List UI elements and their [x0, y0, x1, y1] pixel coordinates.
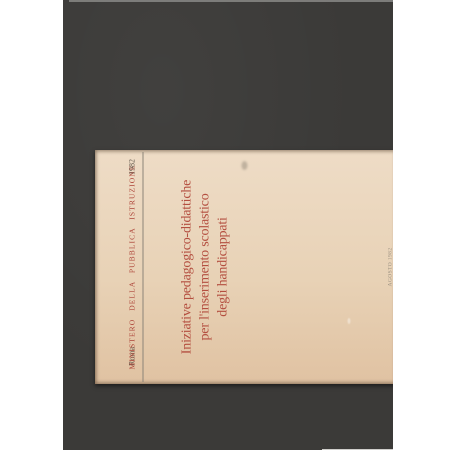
book-title-line-2: per l'inserimento scolastico [197, 150, 215, 384]
book-cover: Roma MINISTERO DELLA PUBBLICA ISTRUZIONE… [95, 150, 393, 384]
paper-smudge [242, 161, 248, 170]
ministry-text: MINISTERO DELLA PUBBLICA ISTRUZIONE [128, 150, 137, 384]
photo-frame: Roma MINISTERO DELLA PUBBLICA ISTRUZIONE… [0, 0, 455, 455]
book-title-page: Roma MINISTERO DELLA PUBBLICA ISTRUZIONE… [96, 150, 394, 384]
paper-speck [348, 318, 351, 324]
header-rule [143, 152, 144, 382]
book-title: Iniziative pedagogico-didattiche per l'i… [179, 150, 233, 384]
book-title-line-1: Iniziative pedagogico-didattiche [179, 150, 197, 384]
photo-corner-patch [322, 449, 393, 450]
cover-header: Roma MINISTERO DELLA PUBBLICA ISTRUZIONE… [124, 150, 139, 384]
book-title-line-3: degli handicappati [215, 150, 233, 384]
photo-background: Roma MINISTERO DELLA PUBBLICA ISTRUZIONE… [63, 0, 393, 450]
imprint-text: AGOSTO 1982 [388, 150, 394, 384]
year-text: 1982 [128, 159, 137, 175]
photo-edge-highlight [69, 0, 393, 2]
